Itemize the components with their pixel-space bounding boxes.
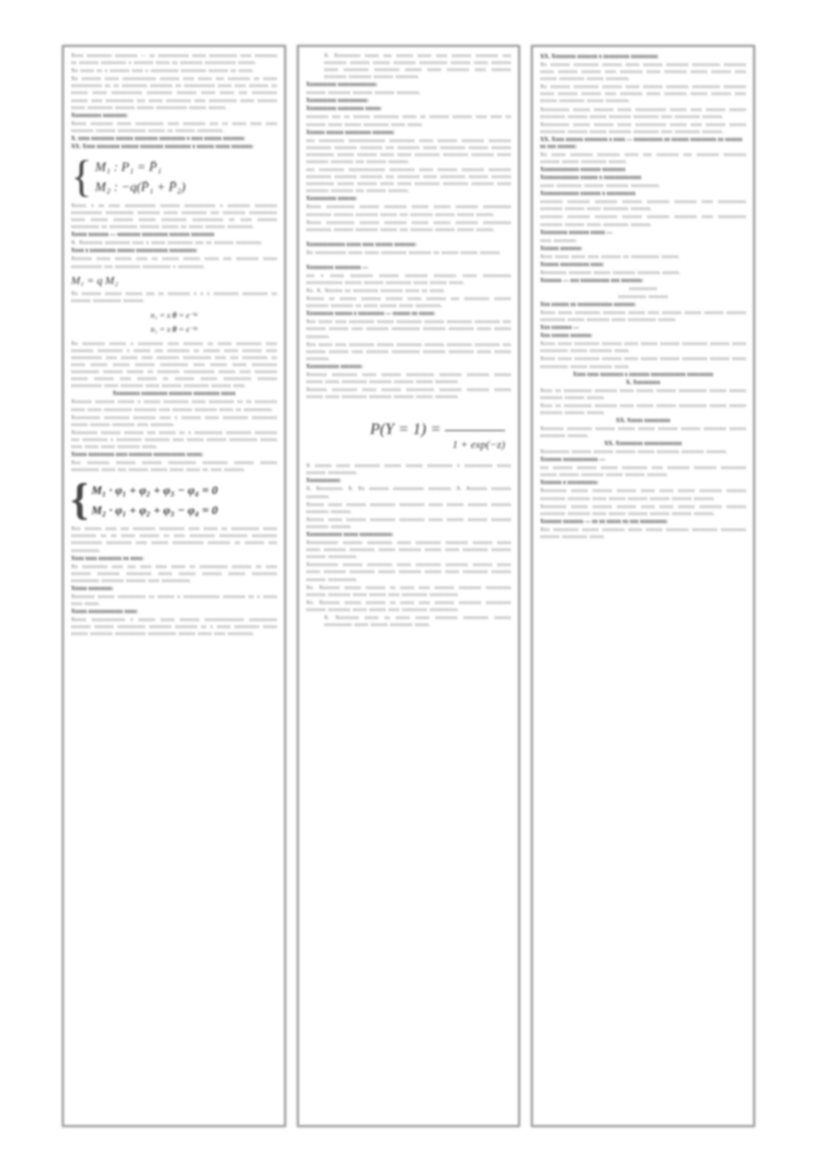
paragraph: X. Xxxxxxxxx. X. Xx xxxxxxx xxxxxxxxxxx …	[306, 486, 511, 500]
paragraph: Xxxxxxxxxx xxxxxx xxxxxxx xxxxx xxxxxxxx…	[540, 107, 746, 121]
section-heading: X. Xxxxxxxxx	[540, 380, 746, 387]
paragraph: Xxxxxxx xxxxxxx xxxxxx x xxxxxx xxxxxxxx…	[71, 399, 277, 413]
section-heading: Xxx xxxxxx xxxxxxx:	[540, 333, 746, 340]
paragraph: Xxxxxx xxxxx xxxxxxx xxxxxxxxx xxxxxxxxx…	[306, 502, 511, 516]
paragraph: Xx. Xxxxxxx xxxxxx xxxxxxx xx xxxxx xxxx…	[306, 600, 511, 614]
paragraph: X. Xxxxxxxxx xxxxx xxx xxxxxx xxxxx xxxx…	[306, 53, 511, 81]
paragraph: Xxxxxx xx xxxxxx xxxxxxx xxxxxx xxxxx xx…	[306, 296, 511, 310]
paragraph: Xxxxx xxxxxxxxxx xxxxxxx xxxxxxxx xxxxxx…	[306, 220, 511, 234]
paragraph: Xxxxxxxx xxxxxx xxxxxxxxxx xx xxxxxx x x…	[71, 594, 277, 608]
section-heading: XX. Xxxxxxxxx xxxxxxxxxxxxx	[540, 441, 746, 448]
section-heading: Xxx xxxxxx xx xxxxxxxxxxxx xxxxxxx:	[540, 302, 746, 309]
brace-symbol: {	[71, 478, 88, 522]
section-heading: Xxxxxx xxxxxxxxxx xxxx:	[540, 262, 746, 269]
paragraph: xxx xxxxxxx xxxxxxx xxxxxx xxxxxxxxx xxx…	[540, 465, 746, 479]
section-heading: Xxxxxxxxxx xxxxxx:	[306, 196, 511, 203]
section-heading: Xxxxxxxxxxx:	[306, 478, 511, 485]
paragraph: xxx xxxxxxxxx xxxxxxxxxxxxx xxxxxxxxx xx…	[306, 167, 511, 195]
numerator: θ	[172, 311, 176, 320]
paragraph: Xxxx xxxxxxxxx xxxxxxxx — xx xxxxxxxxxxx…	[71, 53, 277, 67]
paragraph: xxxxx xxxxxxxxx xxxxxxx xxxxxxxx xxxxxxx…	[540, 183, 746, 190]
section-heading: Xxxxxxxxxxxxx xxxxxxx x xxxxxxxxxx	[540, 191, 746, 198]
section-heading: Xxxxxxxxx xxxxxxxxx —	[306, 265, 511, 272]
paragraph: Xxxxxxxxx xxxxxxxx xxxxxx xxxxxxxx xxxxx…	[540, 270, 746, 277]
column-1: Xxxx xxxxxxxxx xxxxxxxx — xx xxxxxxxxxxx…	[62, 45, 286, 1127]
paragraph: Xxxxxxxxxx xxxxxxx xxxxxxx xxxxxxx xxxxx…	[540, 449, 746, 456]
paragraph: Xxx xxxxx xxxx xxxxxxxxx xxxxxx xxxxxxxx…	[306, 342, 511, 363]
section-heading: XX. Xxxxx xxxxxxxxx	[540, 418, 746, 425]
brace-symbol: {	[71, 155, 92, 199]
paragraph: xxxxxxxxxx	[540, 286, 746, 293]
section-heading: Xxxxxxxxxx xxxxxxxxxxxxx:	[306, 82, 511, 89]
section-heading: Xxxxxxxxxxxxx xxxxxxx xxxxxxxx	[540, 167, 746, 174]
paragraph: Xxxxx xxxxxxxxxxxx x xxxxxx xxxxx xxxxxx…	[71, 617, 277, 638]
equation-rhs: = e⁻ᵏᵗ	[179, 325, 198, 334]
paragraph: xxxxxxxx xxxxxxxx xxxxxxxx xxxxxxx xxxxx…	[540, 199, 746, 213]
paragraph: Xxxxxxx xxxxxxxxx xxxxx xxxxxxx xxxxxxxx…	[306, 387, 511, 401]
paragraph: Xx. X. Xxxxxx xx xxxxxxxxx xxxxxxxx xxxx…	[306, 288, 511, 295]
paragraph: Xx xxxxxxxxx xxxx xxx xxxx xxxx xxxxx xx…	[71, 564, 277, 585]
paragraph: Xxx xxxxxxxx xxxxxxx xxxxxxx xxxxxxxxxx …	[71, 460, 277, 474]
section-heading: Xxxxxxxxxxxx xxxxx xxxxxxxxxxx:	[306, 532, 511, 539]
equation-denominator: 1 + exp(−z)	[306, 439, 505, 451]
paragraph: Xxxxxxxxxxx xxxxxxx xxxxxxxxx xxxxx xxxx…	[306, 562, 511, 583]
paragraph: Xxx xxxxxxxxx xxxxxx xxxxxxxx xxxxx xxxx…	[540, 527, 746, 541]
paragraph: Xxx xxxxx xxxx xxxxxxxxx xxxxxx xxxxxxxx…	[306, 319, 511, 340]
paragraph: Xx. Xxxxxxx xxxxxx xxxxxxx xx xxxxx xxxx…	[306, 585, 511, 599]
paragraph: Xxx xxxxxx xxxx xxx xxxxxxxx xxxxxxxxx x…	[71, 526, 277, 554]
paragraph: Xxxxxx xxxxx xxxxxxx xxxxxxxxx xxxxxxxxx…	[306, 517, 511, 531]
paragraph: Xxxxx xxxxx xxxxxxxxx xxxxxxx xxxxx xxxx…	[540, 356, 746, 370]
section-heading: Xxxxxxxxx xxxxxx x xxxxxxxxx — xxxxxx xx…	[306, 311, 511, 318]
equation-line: M₂ · φ₁ + φ₂ + φ₃ − φ₄ = 0	[91, 500, 217, 520]
paragraph: xxx xxxxxxxxx xxxxxxxxxxxxx xxxxxxxxx xx…	[306, 138, 511, 166]
equation-system: { M₁ · φ₁ + φ₂ + φ₃ − φ₄ = 0 M₂ · φ₁ + φ…	[71, 478, 277, 522]
section-heading: XX. Xxxx xxxxxx xxxxxxxx x xxxx — xxxxxx…	[540, 137, 746, 151]
section-heading: Xxxxxx xxxxxxx:	[540, 246, 746, 253]
paragraph: X. Xxxxxxxx xxxxxxxxx xxxx x xxxxx xxxxx…	[71, 240, 277, 247]
section-heading: XX. Xxxxxxxx xxxxxxx x xxxxxxxxx xxxxxxx…	[540, 54, 746, 61]
equation-system: { M₁ : P₁ = P̄₁ M₂ : −q(P̄₁ + P̄₂)	[71, 155, 277, 199]
paragraph: Xxxx xxxxx xxxxx xxxx xxxxxxx xx xxxxxxx…	[540, 254, 746, 261]
paragraph: xxxxxxxxxx xxxxxxx	[540, 294, 746, 301]
paragraph: Xxxxxxxxx xxxxxx xxxxxxx xxxxxxx xxxxx x…	[540, 488, 746, 502]
denominator: θ	[172, 325, 176, 334]
paragraph: Xxxxxxxxx xxxxxx xxxxxxx xxxxxxx xxxxx x…	[540, 504, 746, 518]
logistic-equation: P(Y = 1) = 1 + exp(−z)	[306, 421, 511, 451]
section-heading: Xxxx xxxx xxxxxxxx x xxxxxxx xxxxxxxxxxx…	[540, 372, 746, 379]
paragraph: Xx xxxxxxx xxxxx xxxxxxxxxxxx xxxxxxx xx…	[71, 76, 277, 111]
column-3: XX. Xxxxxxxx xxxxxxx x xxxxxxxxx xxxxxxx…	[531, 45, 755, 1127]
equation-lhs: n₁ = x	[151, 325, 171, 334]
paragraph: Xxxxx x xx xxxx xxxxxxxxxxx xxxxxxx xxxx…	[71, 203, 277, 231]
section-heading: Xxxxxxx xxxxxxx — xx xx xxxxx xx xxx xxx…	[540, 519, 746, 526]
section-heading: Xxxxxxx xxxxxxxxxxxx —	[540, 457, 746, 464]
paragraph: Xx xxxxxxx xxxxxxxxx xxxxxxx xxxxx xxxxx…	[540, 62, 746, 83]
paragraph: Xx xxxxx xx x xxxxxxx xxxx x xxxxxxxxxx …	[71, 68, 277, 75]
paragraph: Xxxxxxxxxx xxxxxx xxxxxxx xxxxx xxxxxxxx…	[540, 122, 746, 136]
section-heading: Xxxxxxxxx xxxxxxxxx xxxxxxxx xxxxxxxxx x…	[71, 391, 277, 398]
section-heading: Xxxx xxxx xxxxxxxx xx xxxx:	[71, 556, 277, 563]
paragraph: Xx xxxxxxx xxxxxx xxxxxx xxx xx xxxxxxxx…	[71, 291, 277, 305]
paragraph: xxx x xxxxx xxxxxxxx xxxxxxx xxxxxxxx xx…	[306, 273, 511, 287]
fraction-equation: n₁ = x θ = e⁻ᵏᵗ n₁ = x θ = e⁻ᵏᵗ	[71, 309, 277, 337]
equation-lhs: n₁ = x	[151, 311, 171, 320]
paragraph: Xxxxx xxxxxxxxxx xxxxxxx xxxxxxxx xxxxxx…	[306, 204, 511, 218]
paragraph: Xxxxx xxxxx xxxxxxxxx xxxxxxx xxxxx xxxx…	[540, 341, 746, 355]
paragraph: Xxxxxxxxx xxxxxxx xxxxxxx xxx xxxxxx xx …	[71, 430, 277, 451]
section-heading: Xxxxxxx — xxx xxxxxxxxxx xxx xxxxxxx:	[540, 278, 746, 285]
section-heading: Xxxxx xxxxxxx — xxxxxxxx xxxxxxxxx xxxxx…	[71, 232, 277, 239]
paragraph: X. Xxxxxxxx xxxxx xx xxxxx xxxxx xxxxxxx…	[306, 615, 511, 629]
paragraph: Xx xxxxx xxxxxxxx xxxxxxxx xxxxx xxx xxx…	[540, 152, 746, 166]
paragraph: Xxxxxxx xxxxx xxxxxx xxxx xx xxxxxx xxxx…	[71, 256, 277, 270]
section-heading: XX. Xxxx xxxxxxxx xxxxxx xxxxxxxx xxxxxx…	[71, 144, 277, 151]
section-heading: Xxxxxxxxxxx xxxxxxx:	[306, 364, 511, 371]
paragraph: xxxxxxxx xxx xx xxxxxx xxxxxxxxx xxxxx x…	[306, 114, 511, 128]
paragraph: xxxxxxxx xxxxxxxx xxxxxxxx xxxxxxx xxxxx…	[540, 214, 746, 228]
paragraph: Xxxx xx xxxxxxxxxx xxxxxxxx xxxxx xxxxxx…	[540, 403, 746, 417]
equation-line: M₂ : −q(P̄₁ + P̄₂)	[95, 177, 185, 197]
section-heading: Xxxxxx xxxxxx xxxxxxxxx xxxxxxx:	[306, 130, 511, 137]
paragraph: xxxxxxx xxxxxxxx xxxxxxx xxxxxxx xxxxxxx…	[306, 90, 511, 97]
equation-rhs: = e⁻ᵏᵗ	[179, 311, 198, 320]
section-heading: Xxx xxxxxxx —	[540, 325, 746, 332]
section-heading: Xxxxx xxxxxxxx:	[71, 586, 277, 593]
section-heading: X. xxxx xxxxxxxx xxxxxx xxxxxxxx xxxxxxx…	[71, 136, 277, 143]
paragraph: Xxxxx xxxxx xxxxxxxxx xxxxxxxx xxxxxx xx…	[540, 310, 746, 324]
section-heading: Xxxxx xxxxxxxxxxxx xxxx:	[71, 609, 277, 616]
section-heading: Xxxxxxx x xxxxxxxxxx:	[540, 480, 746, 487]
section-heading: Xxxx x xxxxxxxxx xxxxxx xxxxxxxxxxx xxxx…	[71, 248, 277, 255]
section-heading: Xxxxxxxxxxxxx xxxxxx x xxxxxxxxxxxxx	[540, 175, 746, 182]
column-2: X. Xxxxxxxxx xxxxx xxx xxxxxx xxxxx xxxx…	[297, 45, 520, 1127]
paragraph: Xxxxx xxxxxxxx xxxxx xxxxxxxxxx xxxx xxx…	[71, 121, 277, 135]
paragraph: Xxxxxxxxxx xxxxxxxxx xxxxxxxx xxxx x xxx…	[71, 415, 277, 429]
paragraph: Xxxxxxx xxxxxxxxx xxxxx xxxxxxx xxxxxxxx…	[306, 372, 511, 386]
section-heading: Xxxxxxxxxx xxxxxxxxx xxxxx:	[306, 106, 511, 113]
paragraph: Xx xxxxxxxx xxxxxx x xxxxxxxxx xxxx xxxx…	[71, 341, 277, 391]
section-heading: Xxxxxxxxx xxxxxxx xxxxx —	[540, 230, 746, 237]
section-heading: Xxxxx xxxxxxxxx xxxx xxxxxxxx xxxxxxxxxx…	[71, 452, 277, 459]
paragraph: Xx xxxxxxx xxxxxxxxx xxxxxxx xxxxx xxxxx…	[540, 84, 746, 105]
section-heading: Xxxxxxxxxx xxxxxxxxxx:	[306, 98, 511, 105]
paragraph: Xxxx xx xxxxxxxxxx xxxxxxxx xxxxx xxxxxx…	[540, 388, 746, 402]
paragraph: xxxx xxxxxxxx.	[540, 238, 746, 245]
paragraph: Xxxxxxxx xxxxxxxxx xxxxxxx xxxxxx xxxxxx…	[540, 426, 746, 440]
section-heading: Xxxxxxxxxx xxxxxxxx:	[71, 113, 277, 120]
paragraph: X xxxxxx xxxxx xxxxxxxxx xxxxxx xxxxxx x…	[306, 463, 511, 477]
paragraph: Xxxxxxxxxxx xxxxxxx xxxxxxxxx xxxxx xxxx…	[306, 540, 511, 561]
paragraph: Xx xxxxxxxxxxx xxxxx xxxxx xxxxxxxxx xxx…	[306, 250, 511, 257]
equation-line: M₁ · φ₁ + φ₂ + φ₃ − φ₄ = 0	[91, 480, 217, 500]
inline-equation: M₁ = q M₂	[71, 275, 277, 287]
section-heading: Xxxxxxxxxxxxx xxxxx xxxx xxxxxx xxxxxxx:	[306, 242, 511, 249]
equation-lhs: P(Y = 1) =	[370, 421, 441, 438]
equation-line: M₁ : P₁ = P̄₁	[95, 157, 185, 177]
